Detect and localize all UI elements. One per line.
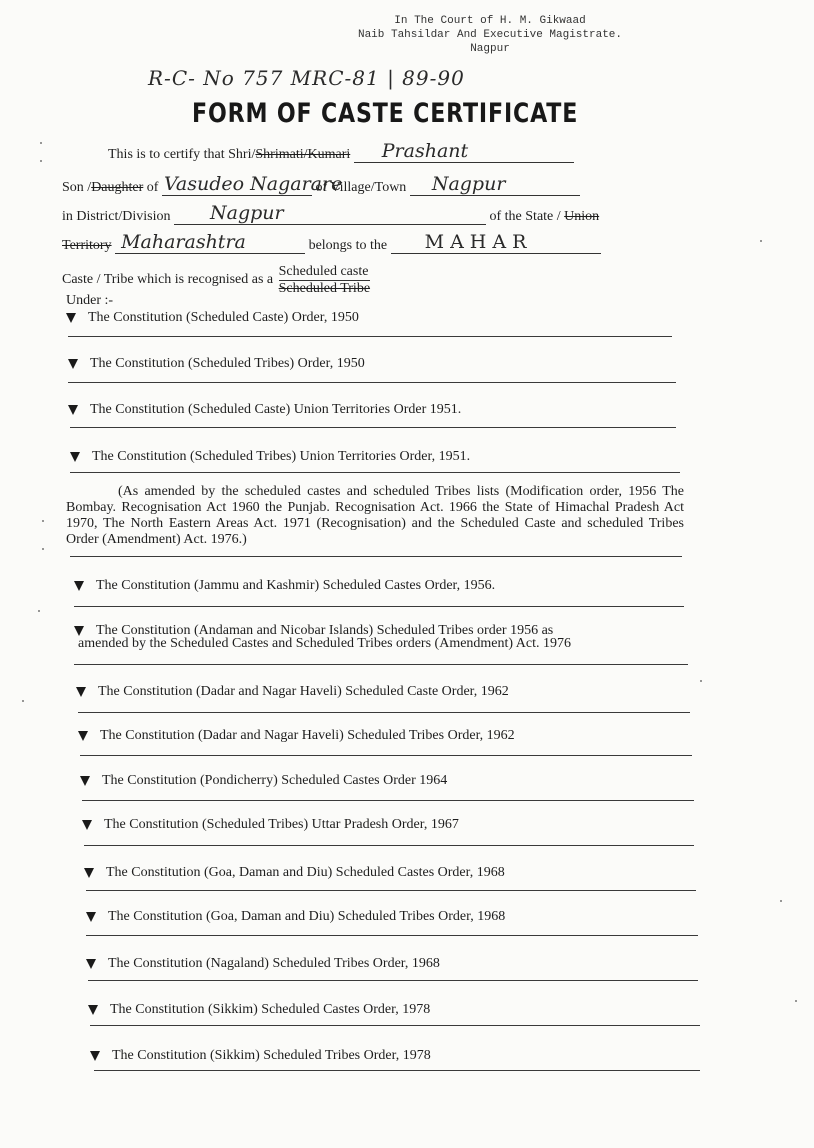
triangle-bullet-icon xyxy=(76,687,86,697)
order-item: The Constitution (Nagaland) Scheduled Tr… xyxy=(86,956,440,972)
order-item: The Constitution (Pondicherry) Scheduled… xyxy=(80,773,447,789)
triangle-bullet-icon xyxy=(88,1005,98,1015)
order-item: The Constitution (Dadar and Nagar Haveli… xyxy=(76,684,509,700)
scan-speck xyxy=(40,160,42,162)
divider-line xyxy=(94,1070,700,1071)
court-header-line1: In The Court of H. M. Gikwaad xyxy=(345,14,635,28)
order-item: The Constitution (Scheduled Tribes) Unio… xyxy=(70,449,470,465)
triangle-bullet-icon xyxy=(70,452,80,462)
caste-tribe-label: Caste / Tribe which is recognised as a xyxy=(62,272,273,287)
state-value: Maharashtra xyxy=(121,231,246,253)
order-text: The Constitution (Goa, Daman and Diu) Sc… xyxy=(108,909,505,924)
recognised-struck: Scheduled Tribe xyxy=(279,281,370,297)
triangle-bullet-icon xyxy=(90,1051,100,1061)
state-field: Maharashtra xyxy=(115,237,305,254)
order-text: The Constitution (Scheduled Caste) Order… xyxy=(88,310,359,325)
court-header-line3: Nagpur xyxy=(345,42,635,56)
order-text: The Constitution (Sikkim) Scheduled Trib… xyxy=(112,1048,431,1063)
order-text: The Constitution (Nagaland) Scheduled Tr… xyxy=(108,956,440,971)
scan-speck xyxy=(40,142,42,144)
order-text: The Constitution (Sikkim) Scheduled Cast… xyxy=(110,1002,430,1017)
triangle-bullet-icon xyxy=(68,405,78,415)
scan-speck xyxy=(38,610,40,612)
under-label: Under :- xyxy=(66,293,113,309)
divider-line xyxy=(68,336,672,337)
order-item: The Constitution (Sikkim) Scheduled Cast… xyxy=(88,1002,430,1018)
triangle-bullet-icon xyxy=(84,868,94,878)
certify-prefix: This is to certify that Shri/ xyxy=(108,147,255,162)
order-item: The Constitution (Scheduled Caste) Union… xyxy=(68,402,461,418)
certify-line: This is to certify that Shri/Shrimati/Ku… xyxy=(108,146,574,163)
scan-speck xyxy=(700,680,702,682)
order-text: The Constitution (Scheduled Tribes) Orde… xyxy=(90,356,365,371)
order-text: The Constitution (Dadar and Nagar Haveli… xyxy=(98,684,509,699)
divider-line xyxy=(70,427,676,428)
name-field: Prashant xyxy=(354,146,574,163)
divider-line xyxy=(74,664,688,665)
son-label: Son / xyxy=(62,180,91,195)
district-label: in District/Division xyxy=(62,209,171,224)
order-item: The Constitution (Scheduled Tribes) Orde… xyxy=(68,356,365,372)
order-item: The Constitution (Sikkim) Scheduled Trib… xyxy=(90,1048,431,1064)
triangle-bullet-icon xyxy=(68,359,78,369)
order-text: The Constitution (Goa, Daman and Diu) Sc… xyxy=(106,865,505,880)
court-header: In The Court of H. M. Gikwaad Naib Tahsi… xyxy=(345,14,635,56)
scan-speck xyxy=(780,900,782,902)
andaman-continuation: amended by the Scheduled Castes and Sche… xyxy=(78,636,571,652)
father-name-field: Vasudeo Nagarare xyxy=(162,179,312,196)
order-text: The Constitution (Scheduled Tribes) Utta… xyxy=(104,817,459,832)
order-item: The Constitution (Scheduled Tribes) Utta… xyxy=(82,817,459,833)
caste-field: MAHAR xyxy=(391,237,601,254)
district-value: Nagpur xyxy=(210,202,284,224)
scan-speck xyxy=(795,1000,797,1002)
daughter-struck: Daughter xyxy=(91,180,143,195)
territory-line: Territory Maharashtra belongs to the MAH… xyxy=(62,237,601,254)
court-header-line2: Naib Tahsildar And Executive Magistrate. xyxy=(345,28,635,42)
district-field: Nagpur xyxy=(174,208,486,225)
order-text: The Constitution (Jammu and Kashmir) Sch… xyxy=(96,578,495,593)
recognised-as-value: Scheduled caste xyxy=(279,264,370,281)
order-text: The Constitution (Scheduled Caste) Union… xyxy=(90,402,461,417)
divider-line xyxy=(74,606,684,607)
order-text: The Constitution (Pondicherry) Scheduled… xyxy=(102,773,447,788)
parent-line: Son /Daughter of Vasudeo Nagarare of Vil… xyxy=(62,179,580,196)
district-line: in District/Division Nagpur of the State… xyxy=(62,208,599,225)
village-value: Nagpur xyxy=(432,173,506,195)
triangle-bullet-icon xyxy=(74,581,84,591)
scan-speck xyxy=(42,520,44,522)
territory-struck: Territory xyxy=(62,238,112,253)
village-field: Nagpur xyxy=(410,179,580,196)
triangle-bullet-icon xyxy=(74,626,84,636)
divider-line xyxy=(78,712,690,713)
triangle-bullet-icon xyxy=(86,959,96,969)
triangle-bullet-icon xyxy=(86,912,96,922)
divider-line xyxy=(68,382,676,383)
father-name-value: Vasudeo Nagarare xyxy=(164,173,342,195)
order-item: The Constitution (Goa, Daman and Diu) Sc… xyxy=(84,865,505,881)
certify-struck: Shrimati/Kumari xyxy=(255,147,350,162)
belongs-label: belongs to the xyxy=(309,238,388,253)
caste-value: MAHAR xyxy=(425,231,533,253)
divider-line xyxy=(84,845,694,846)
divider-line xyxy=(86,935,698,936)
divider-line xyxy=(88,980,698,981)
triangle-bullet-icon xyxy=(78,731,88,741)
state-label: of the State / xyxy=(490,209,561,224)
triangle-bullet-icon xyxy=(66,313,76,323)
order-text: The Constitution (Dadar and Nagar Haveli… xyxy=(100,728,515,743)
divider-line xyxy=(70,556,682,557)
triangle-bullet-icon xyxy=(80,776,90,786)
order-item: The Constitution (Jammu and Kashmir) Sch… xyxy=(74,578,495,594)
divider-line xyxy=(82,800,694,801)
divider-line xyxy=(90,1025,700,1026)
scan-speck xyxy=(760,240,762,242)
reference-number: R-C- No 757 MRC-81 | 89-90 xyxy=(148,66,465,90)
of-label: of xyxy=(147,180,159,195)
page-title: FORM OF CASTE CERTIFICATE xyxy=(192,98,578,129)
order-item: The Constitution (Dadar and Nagar Haveli… xyxy=(78,728,515,744)
divider-line xyxy=(86,890,696,891)
divider-line xyxy=(80,755,692,756)
amendment-note: (As amended by the scheduled castes and … xyxy=(66,484,684,548)
name-value: Prashant xyxy=(382,140,468,162)
union-struck: Union xyxy=(564,209,599,224)
order-item: The Constitution (Goa, Daman and Diu) Sc… xyxy=(86,909,505,925)
scan-speck xyxy=(22,700,24,702)
triangle-bullet-icon xyxy=(82,820,92,830)
order-item: The Constitution (Scheduled Caste) Order… xyxy=(66,310,359,326)
scan-speck xyxy=(42,548,44,550)
order-text: The Constitution (Scheduled Tribes) Unio… xyxy=(92,449,470,464)
divider-line xyxy=(70,472,680,473)
